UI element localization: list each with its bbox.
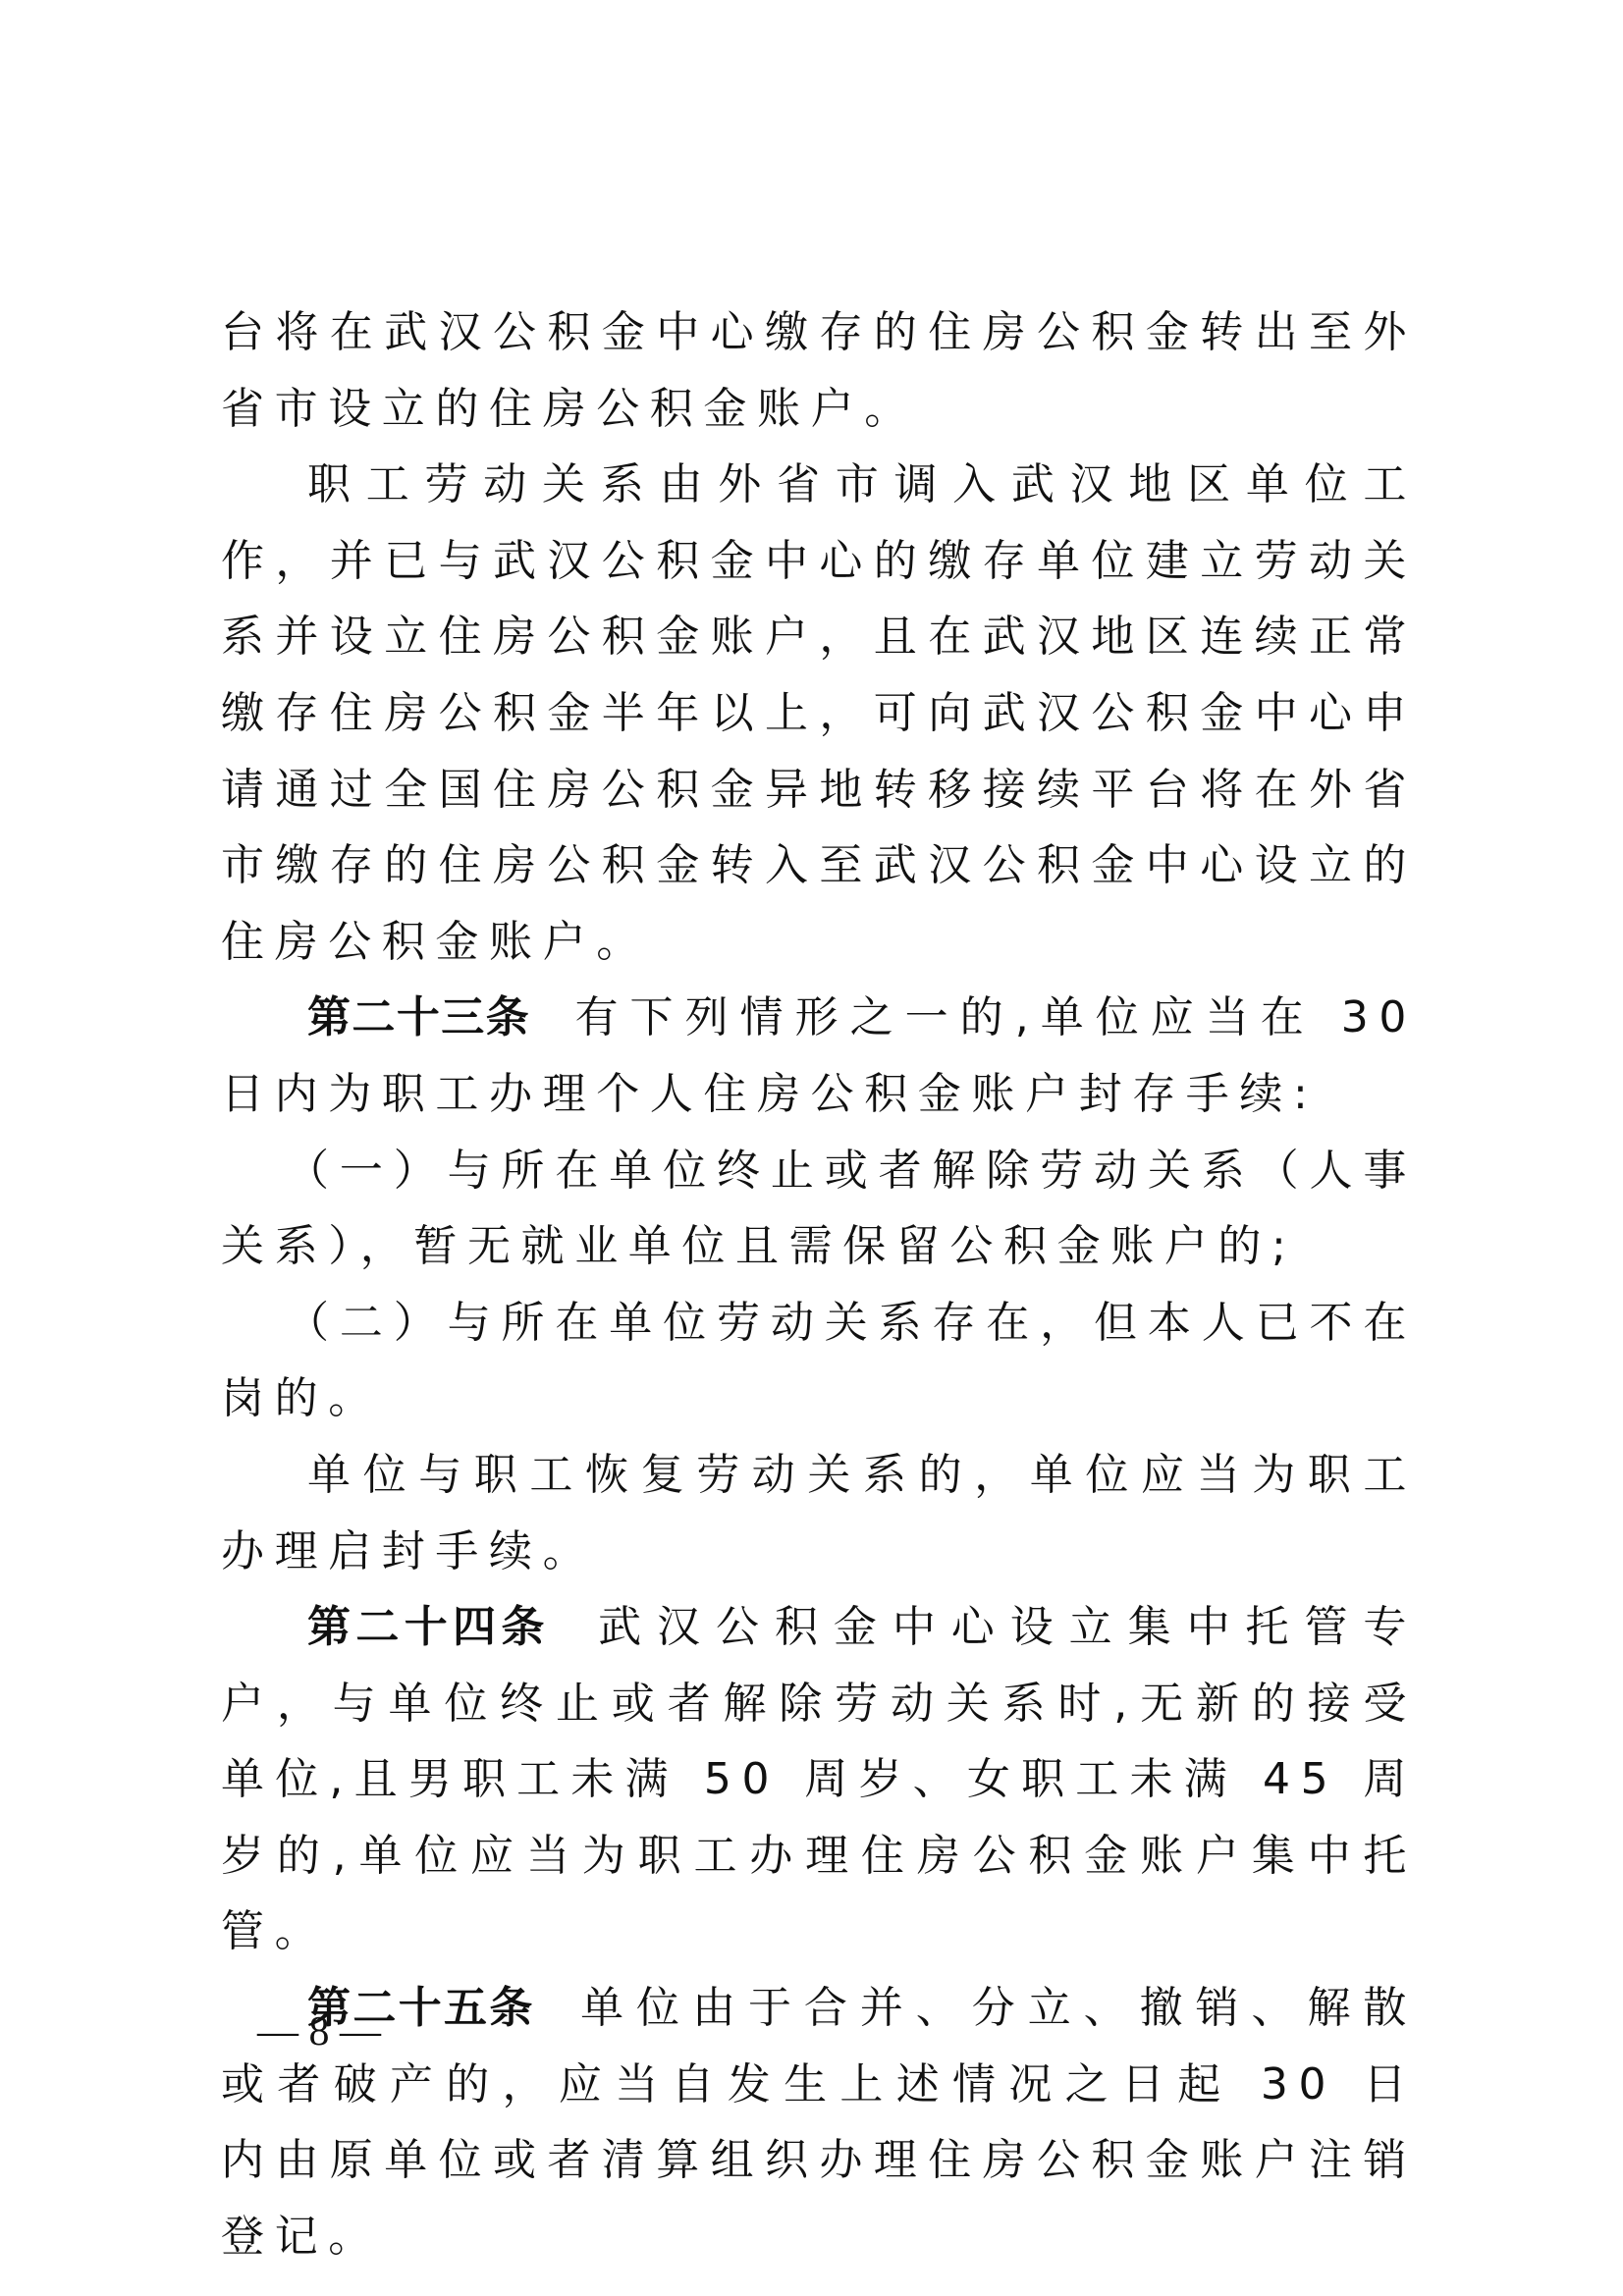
document-body: 台将在武汉公积金中心缴存的住房公积金转出至外省市设立的住房公积金账户。 职工劳动… [221, 294, 1417, 2274]
page-number: — 8 — [257, 2008, 381, 2056]
article-23-item-2: （二）与所在单位劳动关系存在，但本人已不在岗的。 [221, 1285, 1417, 1437]
paragraph-transfer-in: 职工劳动关系由外省市调入武汉地区单位工作，并已与武汉公积金中心的缴存单位建立劳动… [221, 447, 1417, 980]
article-23: 第二十三条有下列情形之一的,单位应当在 30 日内为职工办理个人住房公积金账户封… [221, 980, 1417, 1132]
article-24: 第二十四条武汉公积金中心设立集中托管专户，与单位终止或者解除劳动关系时,无新的接… [221, 1589, 1417, 1970]
article-25: 第二十五条单位由于合并、分立、撤销、解散或者破产的，应当自发生上述情况之日起 3… [221, 1970, 1417, 2274]
article-24-text: 武汉公积金中心设立集中托管专户，与单位终止或者解除劳动关系时,无新的接受单位,且… [221, 1602, 1417, 1956]
article-24-heading: 第二十四条 [307, 1602, 550, 1652]
article-23-heading: 第二十三条 [307, 992, 530, 1042]
paragraph-continuation: 台将在武汉公积金中心缴存的住房公积金转出至外省市设立的住房公积金账户。 [221, 294, 1417, 447]
paragraph-restore-account: 单位与职工恢复劳动关系的，单位应当为职工办理启封手续。 [221, 1437, 1417, 1589]
article-23-item-1: （一）与所在单位终止或者解除劳动关系（人事关系），暂无就业单位且需保留公积金账户… [221, 1133, 1417, 1285]
